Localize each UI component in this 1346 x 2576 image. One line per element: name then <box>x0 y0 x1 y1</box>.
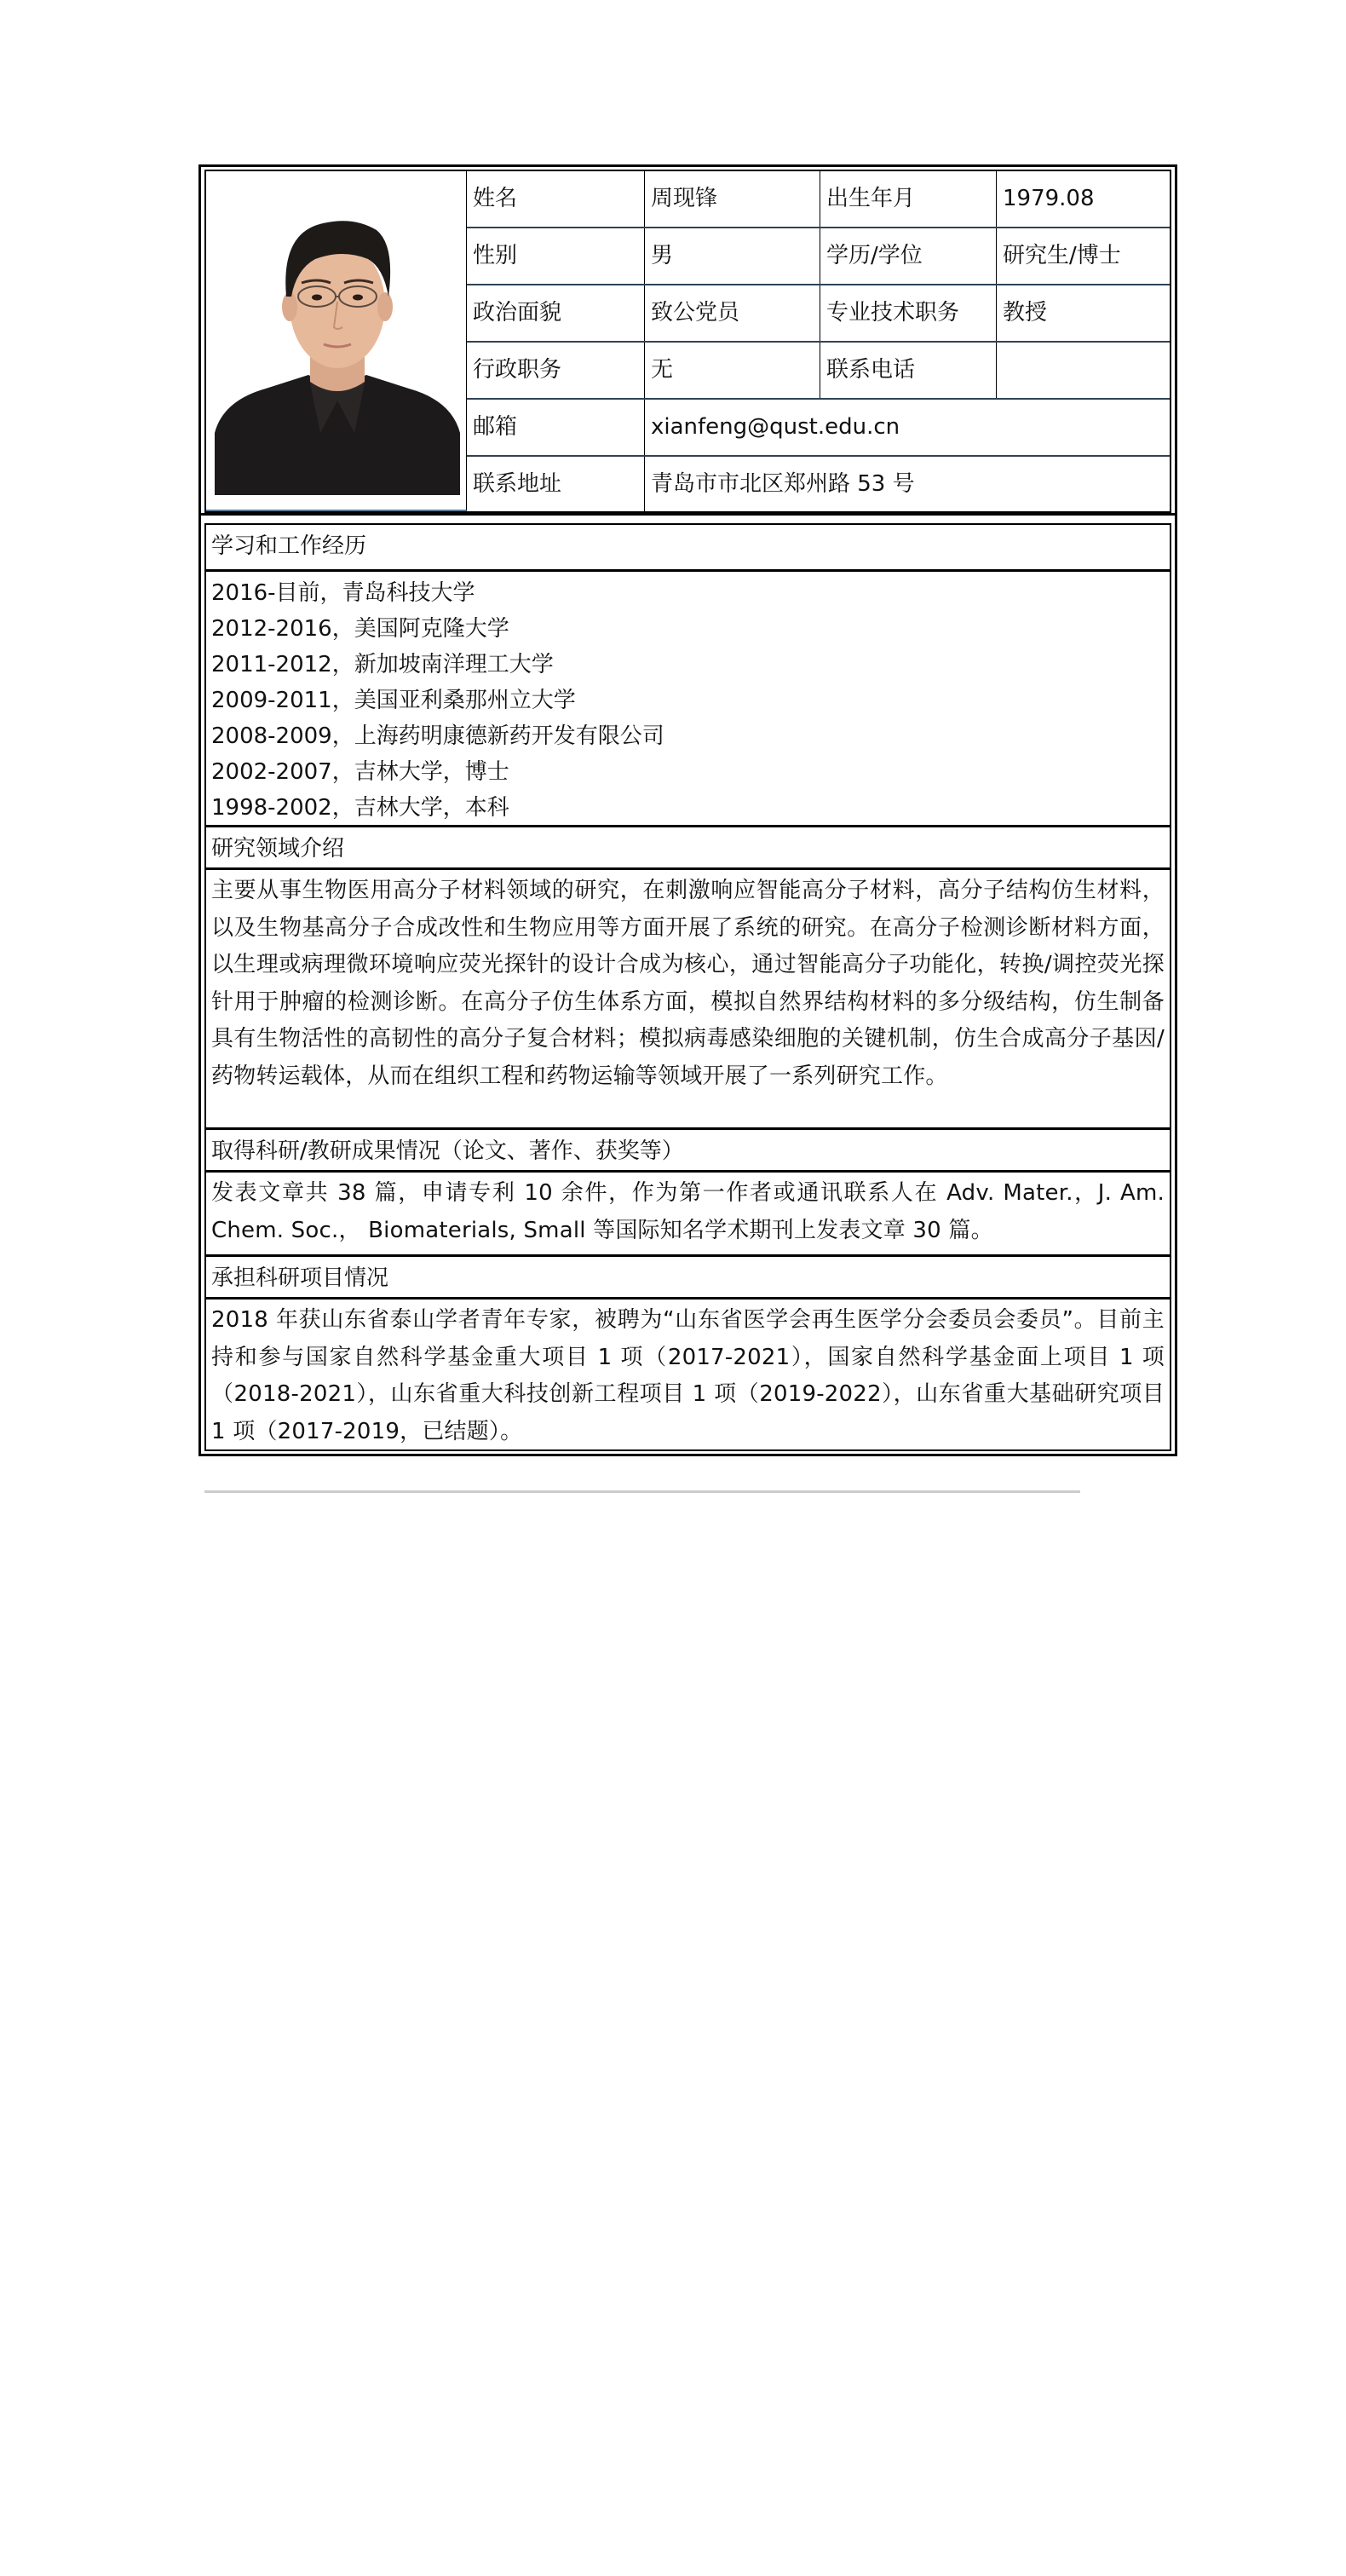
portrait-photo <box>215 177 460 495</box>
experience-list: 2016-目前，青岛科技大学 2012-2016，美国阿克隆大学 2011-20… <box>206 572 1170 827</box>
profile-fields: 姓名 周现锋 出生年月 1979.08 性别 男 学历/学位 研究生/博士 政治… <box>467 171 1170 511</box>
projects-paragraph: 2018 年获山东省泰山学者青年专家，被聘为“山东省医学会再生医学分会委员会委员… <box>206 1300 1170 1449</box>
sections-table: 学习和工作经历 2016-目前，青岛科技大学 2012-2016，美国阿克隆大学… <box>204 523 1171 1451</box>
page-separator <box>204 1490 1080 1493</box>
research-paragraph: 主要从事生物医用高分子材料领域的研究，在刺激响应智能高分子材料，高分子结构仿生材… <box>206 870 1170 1130</box>
profile-row: 行政职务 无 联系电话 <box>467 343 1170 400</box>
profile-row: 邮箱 xianfeng@qust.edu.cn <box>467 400 1170 457</box>
section-heading-achievements: 取得科研/教研成果情况（论文、著作、获奖等） <box>206 1130 1170 1173</box>
profile-row: 性别 男 学历/学位 研究生/博士 <box>467 228 1170 285</box>
field-value-political: 致公党员 <box>644 285 820 341</box>
field-value-birth: 1979.08 <box>996 171 1170 227</box>
section-heading-experience: 学习和工作经历 <box>206 525 1170 572</box>
list-item: 2012-2016，美国阿克隆大学 <box>211 611 1165 647</box>
section-heading-projects: 承担科研项目情况 <box>206 1257 1170 1300</box>
list-item: 2011-2012，新加坡南洋理工大学 <box>211 647 1165 683</box>
field-value-phone <box>996 343 1170 398</box>
profile-row: 政治面貌 致公党员 专业技术职务 教授 <box>467 285 1170 343</box>
list-item: 2016-目前，青岛科技大学 <box>211 575 1165 611</box>
list-item: 2002-2007，吉林大学，博士 <box>211 754 1165 790</box>
profile-row: 联系地址 青岛市市北区郑州路 53 号 <box>467 457 1170 511</box>
field-value-title: 教授 <box>996 285 1170 341</box>
field-label-admin-post: 行政职务 <box>467 343 644 398</box>
profile-row: 姓名 周现锋 出生年月 1979.08 <box>467 171 1170 228</box>
field-label-address: 联系地址 <box>467 457 644 511</box>
table-divider <box>201 513 1175 516</box>
list-item: 2008-2009，上海药明康德新药开发有限公司 <box>211 718 1165 754</box>
field-value-admin-post: 无 <box>644 343 820 398</box>
field-value-degree: 研究生/博士 <box>996 228 1170 284</box>
field-label-gender: 性别 <box>467 228 644 284</box>
list-item: 1998-2002，吉林大学，本科 <box>211 790 1165 826</box>
section-heading-research: 研究领域介绍 <box>206 827 1170 870</box>
list-item: 2009-2011，美国亚利桑那州立大学 <box>211 683 1165 718</box>
field-value-address: 青岛市市北区郑州路 53 号 <box>644 457 1170 511</box>
field-label-degree: 学历/学位 <box>820 228 996 284</box>
achievements-paragraph: 发表文章共 38 篇，申请专利 10 余件，作为第一作者或通讯联系人在 Adv.… <box>206 1173 1170 1257</box>
field-value-gender: 男 <box>644 228 820 284</box>
field-label-birth: 出生年月 <box>820 171 996 227</box>
field-label-email: 邮箱 <box>467 400 644 455</box>
profile-table: 姓名 周现锋 出生年月 1979.08 性别 男 学历/学位 研究生/博士 政治… <box>204 170 1171 513</box>
field-label-political: 政治面貌 <box>467 285 644 341</box>
field-label-phone: 联系电话 <box>820 343 996 398</box>
field-label-title: 专业技术职务 <box>820 285 996 341</box>
field-value-name: 周现锋 <box>644 171 820 227</box>
resume-table-frame: 姓名 周现锋 出生年月 1979.08 性别 男 学历/学位 研究生/博士 政治… <box>198 164 1177 1456</box>
photo-cell <box>206 171 467 511</box>
field-label-name: 姓名 <box>467 171 644 227</box>
field-value-email[interactable]: xianfeng@qust.edu.cn <box>644 400 1170 455</box>
